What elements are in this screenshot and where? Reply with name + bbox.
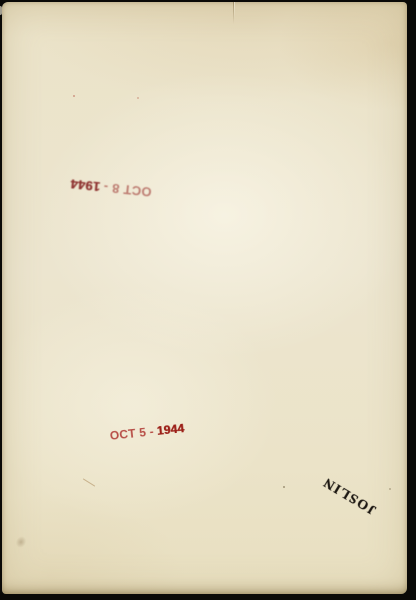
date-stamp-top-year: 1944 bbox=[70, 176, 102, 194]
scanner-background: OCT 8 -1944 OCT 5 -1944 JOSLIN bbox=[0, 0, 416, 600]
date-stamp-oct-8-1944: OCT 8 -1944 bbox=[70, 176, 153, 199]
date-stamp-bottom-prefix: OCT 5 - bbox=[109, 424, 154, 443]
age-speck bbox=[283, 486, 285, 488]
date-stamp-bottom-year: 1944 bbox=[156, 421, 185, 438]
age-speck bbox=[389, 488, 391, 490]
age-speck bbox=[73, 95, 75, 97]
photo-back-paper: OCT 8 -1944 OCT 5 -1944 JOSLIN bbox=[2, 2, 407, 594]
date-stamp-oct-5-1944: OCT 5 -1944 bbox=[109, 421, 185, 443]
joslin-name-stamp: JOSLIN bbox=[320, 473, 379, 517]
age-speck bbox=[137, 97, 139, 99]
age-smudge bbox=[14, 534, 29, 549]
age-scratch bbox=[83, 478, 95, 486]
scanner-edge-glint bbox=[0, 6, 2, 15]
paper-crease bbox=[233, 2, 234, 24]
joslin-name-stamp-text: JOSLIN bbox=[320, 474, 379, 518]
date-stamp-top-prefix: OCT 8 - bbox=[103, 180, 153, 200]
